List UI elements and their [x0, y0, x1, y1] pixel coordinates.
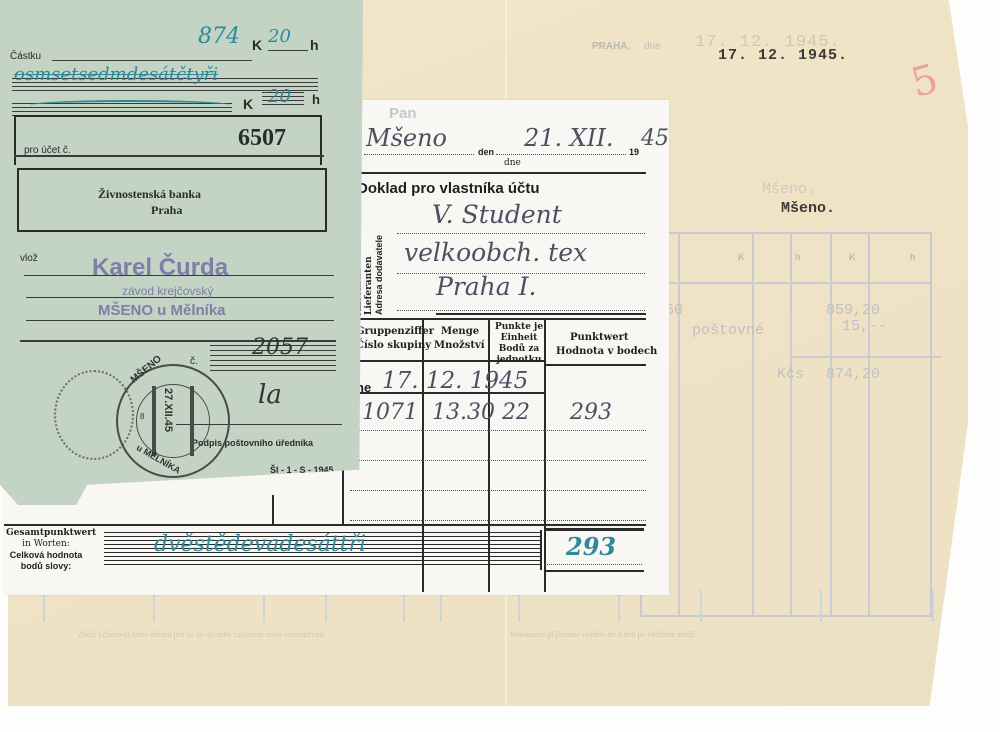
cell-quantity: 13.30	[432, 400, 495, 425]
ledger-header-h1: h	[795, 252, 801, 262]
bank-city: Praha	[151, 203, 182, 218]
cancel-squiggle	[30, 100, 230, 110]
total-in-words: dvěstědevadesáttři	[154, 532, 366, 557]
receipt-title: Doklad pro vlastníka účtu	[357, 180, 540, 197]
total-label-cz-1: Celková hodnota	[6, 550, 86, 561]
date-row-value: 17. 12. 1945	[382, 368, 528, 394]
city-label: PRAHA,	[592, 41, 630, 52]
number-prefix: č.	[190, 356, 198, 367]
col-group-de: Gruppenziffer	[356, 326, 434, 337]
sender-name-stamp: Karel Čurda	[92, 254, 228, 282]
ledger-total: 874,20	[826, 366, 880, 383]
deposit-label: vlož	[20, 253, 38, 264]
den-label: den	[478, 147, 494, 157]
ledger-label: Kčs	[777, 366, 804, 383]
year-prefix: 19	[629, 147, 639, 157]
col-group-cz: Číslo skupiny	[356, 340, 431, 351]
supplier-name: V. Student	[432, 200, 562, 229]
total-label-de-1: Gesamtpunktwert	[6, 528, 86, 539]
supplier-line-2: velkoobch. tex	[404, 238, 587, 267]
invoice-date: 17. 12. 1945.	[718, 47, 848, 64]
ledger-label: poštovné	[692, 322, 764, 339]
h-value-2: 20	[268, 86, 291, 107]
date-prefix: dne	[644, 41, 661, 52]
supplier-label-cz: Adresa dodavatele	[374, 205, 384, 315]
postal-deposit-slip: 874 K 20 h Částku osmsetsedmdesátčtyři K…	[0, 0, 363, 505]
ledger-value: 15,--	[842, 318, 887, 335]
k-unit-2: K	[243, 96, 253, 112]
total-label-cz-2: bodů slovy:	[6, 561, 86, 572]
ledger-table: K h K h ,60 poštovné 859,20 15,-- Kčs 87…	[640, 232, 932, 617]
addressee-prefix-ghost: Pan	[389, 105, 417, 122]
postmark-town: MŠENO	[129, 354, 164, 386]
amount-label: Částku	[10, 51, 41, 62]
dne-label: dne	[504, 158, 521, 168]
bank-name: Živnostenská banka	[98, 187, 201, 202]
clerk-initials: la	[258, 380, 282, 410]
receipt-year: 45	[641, 126, 669, 151]
col-value-cz: Hodnota v bodech	[556, 346, 657, 357]
receipt-place: Mšeno	[366, 124, 447, 152]
col-points-de: Punkte je Einheit	[494, 322, 544, 344]
amount-k-unit: K	[252, 37, 262, 53]
place-ghost-impression: Mšeno.	[762, 181, 816, 198]
col-points-cz: Bodů za jednotku	[494, 344, 544, 366]
total-label-de-2: in Worten:	[6, 539, 86, 550]
amount-h-unit: h	[310, 37, 319, 53]
recipient-place: Mšeno.	[781, 200, 835, 217]
supplier-city: Praha I.	[436, 272, 536, 301]
sender-business-stamp: závod krejčovský	[122, 284, 213, 298]
cell-point-value: 293	[570, 400, 612, 425]
col-quantity-cz: Množství	[434, 340, 485, 351]
col-value-de: Punktwert	[570, 332, 628, 343]
sender-town-stamp: MŠENO u Mělníka	[98, 302, 226, 319]
postmark-stamp: 27.XII.45 MŠENO u MĚLNÍKA 8	[116, 364, 230, 478]
postmark-code: 8	[140, 412, 144, 421]
back-footer-ownership-note: Zboží (Zůstává) tímto dávám jest až do ú…	[78, 630, 326, 639]
cell-points-per-unit: 22	[502, 400, 530, 425]
cell-group: 1071	[362, 400, 418, 425]
amount-k-value: 874	[198, 24, 240, 49]
account-number: 6507	[238, 125, 286, 152]
receipt-date: 21. XII.	[524, 124, 613, 152]
receipt-number: 2057	[252, 335, 308, 360]
ledger-value: 859,20	[826, 302, 880, 319]
postmark-date: 27.XII.45	[162, 388, 174, 432]
amount-in-words: osmsetsedmdesátčtyři	[14, 64, 218, 85]
amount-h-value: 20	[268, 26, 291, 47]
ledger-header-k1: K	[738, 252, 745, 262]
ledger-header-h2: h	[910, 252, 916, 262]
ledger-header-k2: K	[849, 252, 856, 262]
total-value: 293	[566, 532, 616, 561]
col-quantity-de: Menge	[441, 326, 479, 337]
h-unit-2: h	[312, 92, 320, 107]
back-footer-complaint-note: Reklamace přijímáme nejdéle do 8 dnů po …	[510, 630, 697, 639]
